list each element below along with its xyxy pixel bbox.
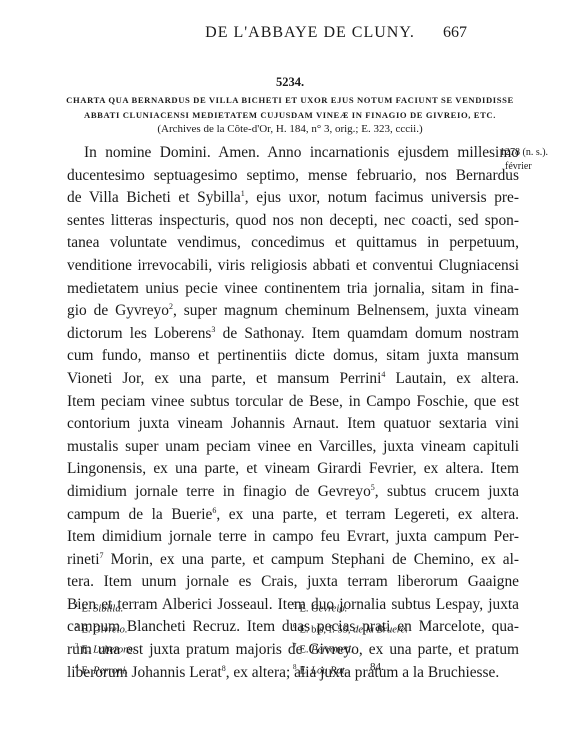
body-line: tanea voluntate vendimus, concedimus et …	[67, 232, 519, 255]
body-text-segment: , ejus uxor, notum facimus universis pre…	[245, 189, 519, 206]
footnote-variant: Loberons.	[93, 645, 135, 656]
footnote-mark: 8	[293, 663, 297, 671]
body-text-segment: campum de la Buerie	[67, 506, 212, 523]
body-line: Vioneti Jor, ex una parte, et mansum Per…	[67, 368, 519, 391]
body-text-segment: rineti	[67, 551, 99, 568]
body-line: Lingonensis, ex una parte, et vineam Gir…	[67, 458, 519, 481]
footnote-mark: 4	[75, 663, 79, 671]
footnote-prefix: E.	[300, 604, 309, 615]
footnote-prefix: E.	[82, 604, 91, 615]
footnote-item: 5E. Gevreio.	[293, 597, 533, 618]
body-text-segment: , super magnum cheminum Belnensem, juxta…	[173, 302, 519, 319]
body-line: rineti7 Morin, ex una parte, et campum S…	[67, 549, 519, 572]
body-line: campum de la Buerie6, ex una parte, et t…	[67, 504, 519, 527]
body-text-segment: de Villa Bicheti et Sybilla	[67, 189, 241, 206]
footnote-item: 7E. Perroneti.	[293, 638, 533, 659]
body-line: ducentesimo septuagesimo septimo, mense …	[67, 165, 519, 188]
footnote-variant: Lou Rat.	[311, 665, 347, 676]
footnote-variant: Givreio.	[93, 624, 127, 635]
body-text-segment: gio de Gyvreyo	[67, 302, 169, 319]
footnote-variant: Perroneti.	[311, 645, 353, 656]
archive-source: (Archives de la Côte-d'Or, H. 184, n° 3,…	[60, 123, 520, 135]
footnote-mark: 1	[75, 601, 79, 609]
footnote-item: 3E. Loberons.	[75, 638, 275, 659]
signature-mark: 84.	[370, 661, 384, 673]
body-text-segment: Vioneti Jor, ex una parte, et mansum Per…	[67, 370, 381, 387]
footnote-mark: 3	[75, 642, 79, 650]
footnote-item: 8E. Lou Rat.	[293, 659, 533, 680]
body-line: gio de Gyvreyo2, super magnum cheminum B…	[67, 300, 519, 323]
charter-title-line-2: abbati Cluniacensi medietatem cujusdam v…	[60, 110, 520, 120]
footnote-prefix: E.	[300, 665, 309, 676]
footnotes-right: 5E. Gevreio.6E. bis, f. 55, de la Bruere…	[293, 597, 533, 679]
page-number: 667	[443, 24, 467, 42]
footnote-prefix: E.	[82, 645, 91, 656]
footnote-variant: Perroni.	[93, 665, 128, 676]
body-text-segment: Morin, ex una parte, et campum Stephani …	[103, 551, 519, 568]
body-line: dictorum les Loberens3 de Sathonay. Item…	[67, 323, 519, 346]
footnotes-left: 1E. Sibilla.2E. Givreio.3E. Loberons.4E.…	[75, 597, 275, 679]
body-line: cum fundo, manso et pertinentiis dicte d…	[67, 345, 519, 368]
running-title: DE L'ABBAYE DE CLUNY.	[160, 24, 460, 42]
body-text-segment: dimidium jornale terre in finagio de Gev…	[67, 483, 371, 500]
body-text-segment: , ex una parte, et terram Legereti, ex a…	[216, 506, 519, 523]
body-line: de Villa Bicheti et Sybilla1, ejus uxor,…	[67, 187, 519, 210]
body-line: contorium juxta vineam Johannis Arnaut. …	[67, 413, 519, 436]
footnote-item: 2E. Givreio.	[75, 618, 275, 639]
footnote-item: 1E. Sibilla.	[75, 597, 275, 618]
footnote-prefix: E. bis, f. 55,	[300, 624, 351, 635]
body-text-segment: dictorum les Loberens	[67, 325, 211, 342]
body-text-segment: de Sathonay. Item quamdam domum nostram	[215, 325, 519, 342]
footnote-mark: 7	[293, 642, 297, 650]
body-line: mustalis super unam peciam vinee en Varc…	[67, 436, 519, 459]
body-line: sentes litteras inspecturis, quod nos no…	[67, 210, 519, 233]
footnote-item: 4E. Perroni.	[75, 659, 275, 680]
charter-number: 5234.	[0, 75, 580, 90]
body-line: In nomine Domini. Amen. Anno incarnation…	[67, 142, 519, 165]
footnote-prefix: E.	[82, 624, 91, 635]
footnote-prefix: E.	[82, 665, 91, 676]
body-line: Item dimidium jornale terre in campo feu…	[67, 526, 519, 549]
body-text-segment: Lautain, ex altera.	[385, 370, 519, 387]
footnote-mark: 2	[75, 622, 79, 630]
charter-title-line-1: Charta qua Bernardus de Villa Bicheti et…	[60, 95, 520, 105]
footnote-variant: Gevreio.	[311, 604, 347, 615]
footnote-item: 6E. bis, f. 55, de la Bruere.	[293, 618, 533, 639]
footnote-mark: 5	[293, 601, 297, 609]
body-line: dimidium jornale terre in finagio de Gev…	[67, 481, 519, 504]
footnote-variant: de la Bruere.	[353, 624, 408, 635]
footnote-prefix: E.	[300, 645, 309, 656]
body-line: tera. Item unum jornale es Crais, juxta …	[67, 571, 519, 594]
body-line: medietatem unius pecie vinee continentem…	[67, 278, 519, 301]
body-line: Item peciam vinee subtus torcular de Bes…	[67, 391, 519, 414]
footnote-mark: 6	[293, 622, 297, 630]
body-line: venditione irrevocabili, viris religiosi…	[67, 255, 519, 278]
footnote-variant: Sibilla.	[93, 604, 123, 615]
body-text-segment: , subtus crucem juxta	[375, 483, 519, 500]
